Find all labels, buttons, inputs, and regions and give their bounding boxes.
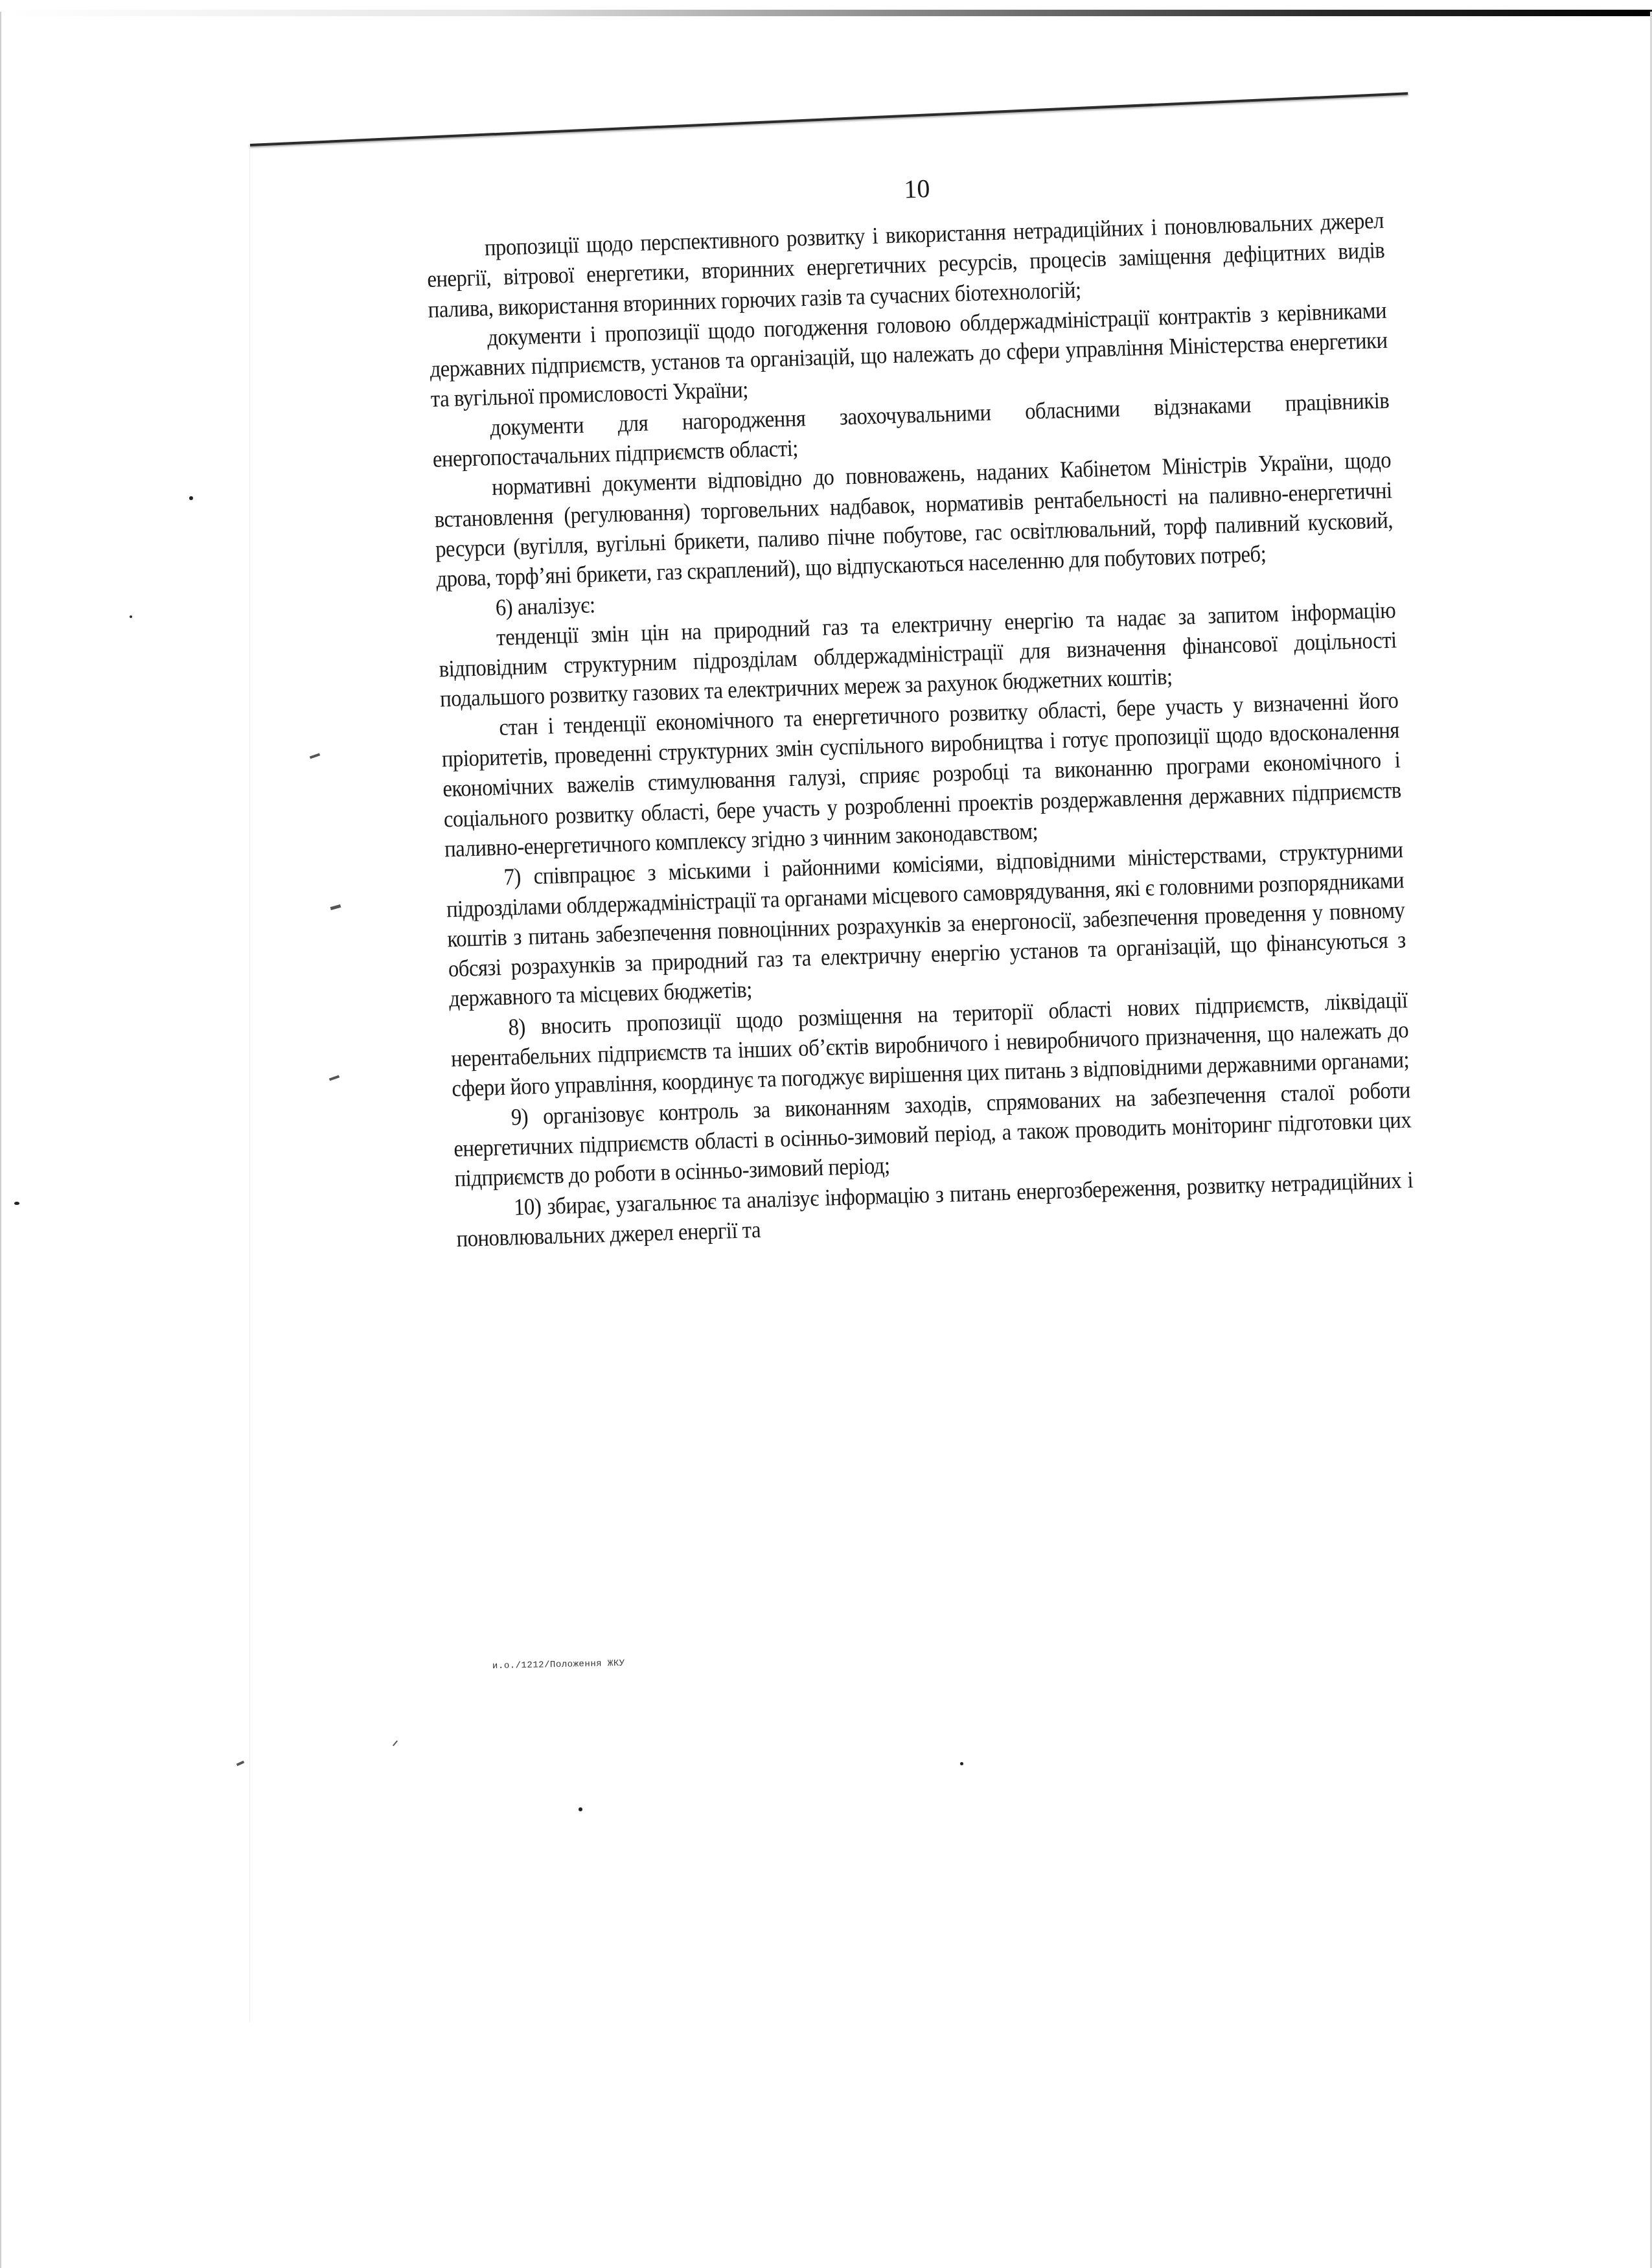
sheet-left-edge (249, 144, 250, 2022)
paragraph: 7) співпрацює з міськими і районними ком… (445, 835, 1407, 1014)
scan-speck (14, 1202, 19, 1205)
paragraph: стан і тенденції економічного та енергет… (441, 685, 1403, 864)
body-text: пропозиції щодо перспективного розвитку … (426, 205, 1415, 1254)
scan-mark (329, 1075, 339, 1081)
scan-mark (393, 1741, 398, 1747)
scan-speck (189, 496, 193, 500)
sheet-top-edge (249, 92, 1408, 146)
scan-mark (236, 1761, 245, 1767)
scan-speck (579, 1807, 582, 1811)
scan-speck (130, 615, 132, 618)
scan-speck (960, 1762, 963, 1765)
footer-code: и.о./1212/Положення ЖКУ (492, 1658, 625, 1671)
document-page: 10 пропозиції щодо перспективного розвит… (424, 159, 1416, 1254)
scan-mark (310, 753, 320, 759)
scan-left-border (0, 12, 1, 2268)
scan-mark (330, 904, 341, 910)
scan-top-border (0, 10, 1652, 16)
